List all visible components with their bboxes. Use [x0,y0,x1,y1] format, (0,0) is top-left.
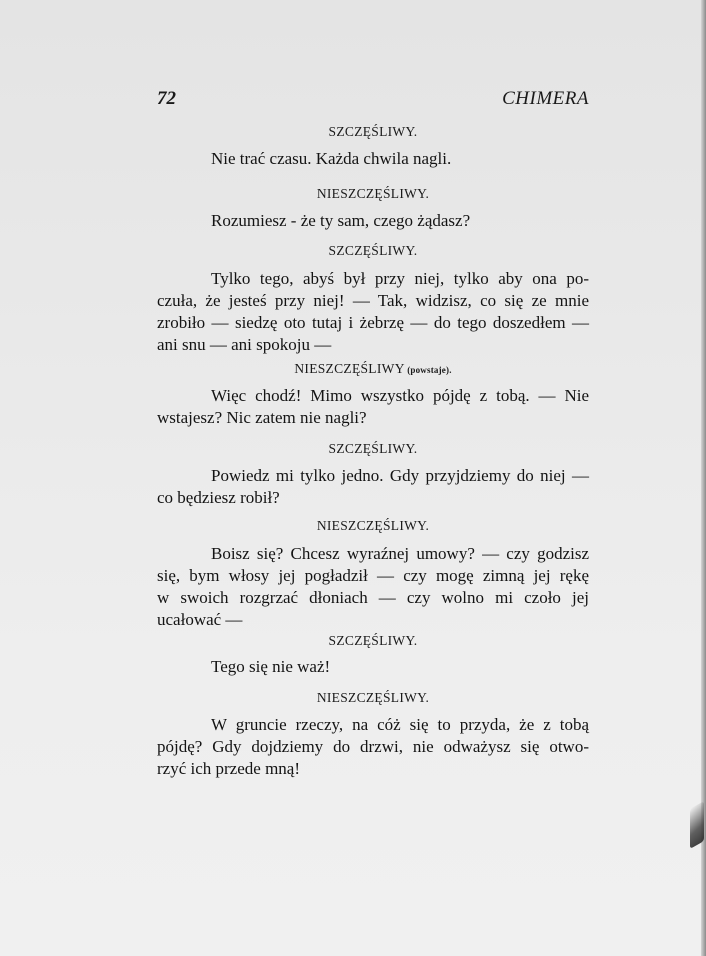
speech-line: Tego się nie waż! [157,656,589,678]
speech-block: Rozumiesz - że ty sam, czego żądasz? [157,210,589,232]
speech-block: Tego się nie waż! [157,656,589,678]
speaker-name: NIESZCZĘŚLIWY [294,361,404,376]
page-header: 72 CHIMERA [157,88,589,114]
speech-line: W gruncie rzeczy, na cóż się to przyda, … [157,714,589,736]
speech-block: W gruncie rzeczy, na cóż się to przyda, … [157,714,589,780]
speaker-name: SZCZĘŚLIWY. [329,124,418,139]
stage-direction: (powstaje). [405,365,452,375]
speech-line: zrobiło — siedzę oto tutaj i żebrzę — do… [157,312,589,334]
speaker-name: SZCZĘŚLIWY. [329,243,418,258]
running-title: CHIMERA [502,88,589,110]
speech-line: Nie trać czasu. Każda chwila nagli. [157,148,589,170]
speaker-name: NIESZCZĘŚLIWY. [317,518,429,533]
speech-line: rzyć ich przede mną! [157,758,589,780]
speaker-name: SZCZĘŚLIWY. [329,633,418,648]
speech-line: co będziesz robił? [157,487,589,509]
speaker-heading: NIESZCZĘŚLIWY (powstaje). [157,361,589,377]
speaker-heading: NIESZCZĘŚLIWY. [157,186,589,202]
speech-line: się, bym włosy jej pogładził — czy mogę … [157,565,589,587]
speaker-heading: SZCZĘŚLIWY. [157,124,589,140]
page-edge-smudge [690,801,704,849]
speech-line: czuła, że jesteś przy niej! — Tak, widzi… [157,290,589,312]
speech-line: Powiedz mi tylko jedno. Gdy przyjdziemy … [157,465,589,487]
speaker-heading: SZCZĘŚLIWY. [157,633,589,649]
speaker-heading: SZCZĘŚLIWY. [157,243,589,259]
speech-line: Rozumiesz - że ty sam, czego żądasz? [157,210,589,232]
page-number: 72 [157,88,176,110]
speech-line: Boisz się? Chcesz wyraźnej umowy? — czy … [157,543,589,565]
speech-line: Tylko tego, abyś był przy niej, tylko ab… [157,268,589,290]
speech-line: Więc chodź! Mimo wszystko pójdę z tobą. … [157,385,589,407]
speech-block: Więc chodź! Mimo wszystko pójdę z tobą. … [157,385,589,429]
speaker-heading: NIESZCZĘŚLIWY. [157,518,589,534]
speaker-name: NIESZCZĘŚLIWY. [317,186,429,201]
speech-line: w swoich rozgrzać dłoniach — czy wolno m… [157,587,589,609]
speech-block: Boisz się? Chcesz wyraźnej umowy? — czy … [157,543,589,631]
speaker-heading: NIESZCZĘŚLIWY. [157,690,589,706]
speech-block: Tylko tego, abyś był przy niej, tylko ab… [157,268,589,356]
speaker-heading: SZCZĘŚLIWY. [157,441,589,457]
speech-block: Nie trać czasu. Każda chwila nagli. [157,148,589,170]
speech-line: wstajesz? Nic zatem nie nagli? [157,407,589,429]
speech-line: ani snu — ani spokoju — [157,334,589,356]
speech-line: pójdę? Gdy dojdziemy do drzwi, nie odważ… [157,736,589,758]
speaker-name: NIESZCZĘŚLIWY. [317,690,429,705]
speaker-name: SZCZĘŚLIWY. [329,441,418,456]
speech-block: Powiedz mi tylko jedno. Gdy przyjdziemy … [157,465,589,509]
speech-line: ucałować — [157,609,589,631]
